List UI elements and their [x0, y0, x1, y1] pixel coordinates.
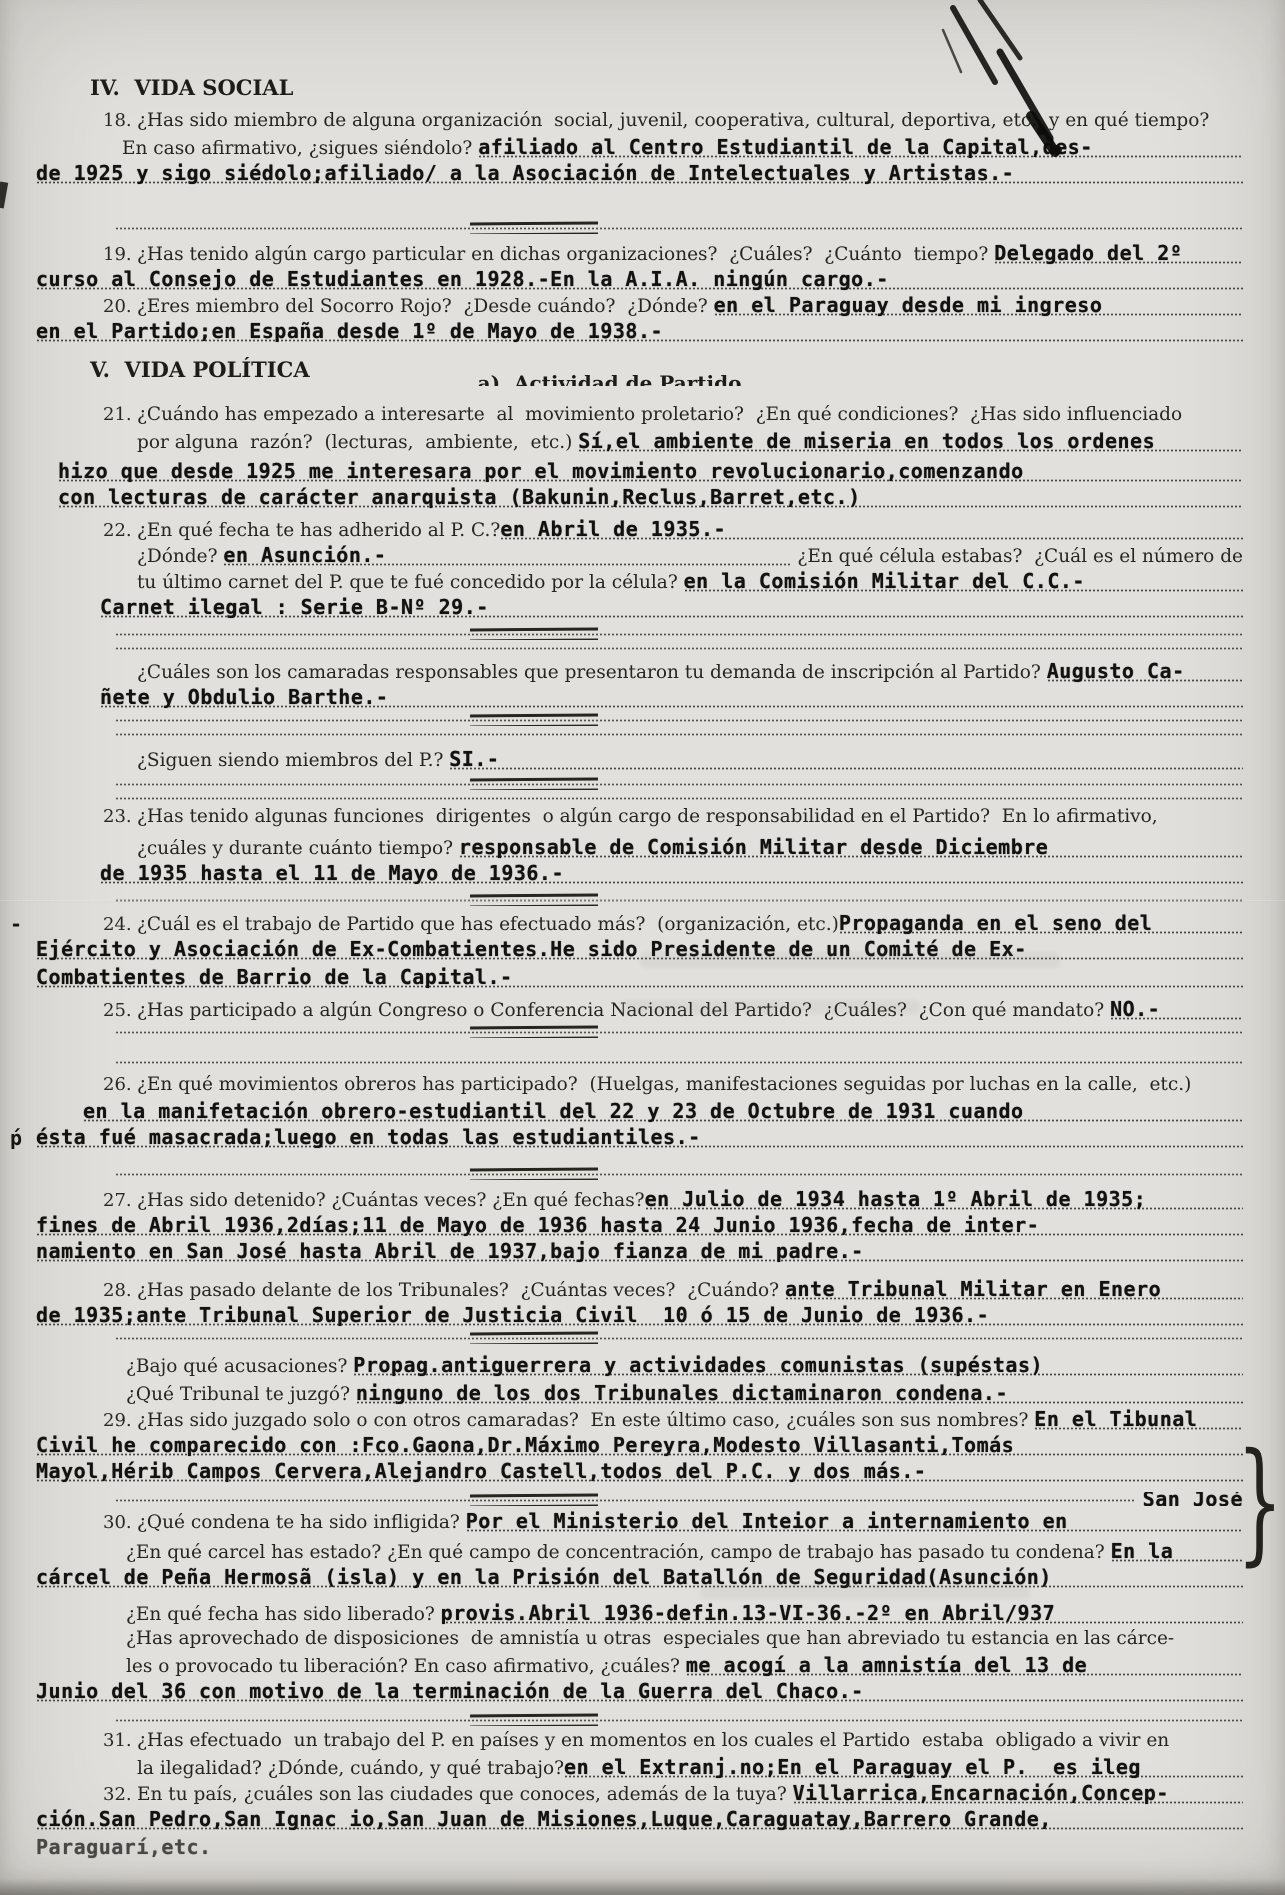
margin-mark: -: [10, 911, 22, 936]
dotted-leader: [115, 1492, 1135, 1506]
overstrike-mark: [470, 1494, 598, 1506]
separator-line: San José: [0, 1492, 1285, 1506]
typed-answer: en el Partido;en España desde 1º de Mayo…: [36, 318, 1243, 344]
typed-answer: Sí,el ambiente de miseria en todos los o…: [578, 428, 1243, 454]
printed-question: ¿En qué carcel has estado? ¿En qué campo…: [126, 1540, 1111, 1564]
doc-line: ¿Has aprovechado de disposiciones de amn…: [0, 1626, 1285, 1652]
typed-answer: de 1935 hasta el 11 de Mayo de 1936.-: [100, 860, 1243, 886]
doc-line: Combatientes de Barrio de la Capital.-: [0, 964, 1285, 990]
doc-line: Ejército y Asociación de Ex-Combatientes…: [0, 936, 1285, 962]
printed-question: ¿Cuál es el trabajo de Partido que has e…: [137, 912, 839, 936]
doc-line: la ilegalidad? ¿Dónde, cuándo, y qué tra…: [0, 1754, 1285, 1780]
doc-line: 23.¿Has tenido algunas funciones dirigen…: [0, 804, 1285, 830]
separator-line: [0, 892, 1285, 906]
separator-line: [0, 220, 1285, 234]
doc-line: ñete y Obdulio Barthe.-: [0, 684, 1285, 710]
doc-line: ¿Cuáles son los camaradas responsables q…: [0, 658, 1285, 684]
margin-mark: ṕ: [10, 1125, 22, 1150]
printed-question: ¿Has sido detenido? ¿Cuántas veces? ¿En …: [137, 1188, 645, 1212]
typed-answer: Augusto Ca-: [1047, 658, 1243, 684]
question-number: 24.: [103, 912, 137, 936]
doc-line: ¿cuáles y durante cuánto tiempo? respons…: [0, 834, 1285, 860]
dotted-leader: [115, 1054, 1243, 1068]
doc-line: de 1935 hasta el 11 de Mayo de 1936.-: [0, 860, 1285, 886]
question-number: 21.: [103, 402, 137, 428]
printed-question: ¿Dónde?: [137, 544, 223, 568]
dotted-leader: [115, 640, 1243, 654]
typed-answer: cárcel de Peña Hermosã (isla) y en la Pr…: [36, 1564, 1243, 1590]
typed-answer: en la Comisión Militar del C.C.-: [684, 568, 1243, 594]
typed-answer: en el Paraguay desde mi ingreso: [714, 292, 1243, 318]
typed-answer: responsable de Comisión Militar desde Di…: [459, 834, 1243, 860]
question-number: 23.: [103, 804, 137, 830]
question-number: 32.: [103, 1782, 137, 1806]
doc-line: 21.¿Cuándo has empezado a interesarte al…: [0, 402, 1285, 428]
typed-answer: Combatientes de Barrio de la Capital.-: [36, 964, 1243, 990]
typed-answer: afiliado al Centro Estudiantil de la Cap…: [478, 134, 1243, 160]
printed-question: a) Actividad de Partido: [478, 367, 742, 386]
typed-answer: Civil he comparecido con :Fco.Gaona,Dr.M…: [36, 1432, 1243, 1458]
doc-line: de 1935;ante Tribunal Superior de Justic…: [0, 1302, 1285, 1328]
printed-question: les o provocado tu liberación? En caso a…: [126, 1654, 686, 1678]
printed-question: ¿Bajo qué acusaciones?: [126, 1354, 353, 1378]
printed-question: ¿Has tenido algún cargo particular en di…: [137, 242, 994, 266]
typed-answer: curso al Consejo de Estudiantes en 1928.…: [36, 266, 1243, 292]
printed-question: IV. VIDA SOCIAL: [90, 72, 293, 104]
dotted-line: [0, 790, 1285, 804]
doc-line: 30.¿Qué condena te ha sido infligida? Po…: [0, 1508, 1285, 1534]
doc-line: ¿En qué carcel has estado? ¿En qué campo…: [0, 1538, 1285, 1564]
printed-question: ¿cuáles y durante cuánto tiempo?: [137, 836, 459, 860]
typed-answer: en Asunción.-: [223, 542, 791, 568]
dotted-leader: [115, 1166, 1243, 1180]
pen-ink-strokes: [905, 0, 1105, 170]
typed-answer: Propag.antiguerrera y actividades comuni…: [353, 1352, 1243, 1378]
separator-line: [0, 1330, 1285, 1344]
separator-line: [0, 626, 1285, 640]
printed-question: ¿Siguen siendo miembros del P.?: [137, 748, 449, 772]
doc-line: tu último carnet del P. que te fué conce…: [0, 568, 1285, 594]
dotted-leader: [115, 776, 1243, 790]
printed-question: por alguna razón? (lecturas, ambiente, e…: [137, 430, 578, 454]
typed-answer: ésta fué masacrada;luego en todas las es…: [36, 1124, 1243, 1150]
dotted-leader: [115, 1712, 1243, 1726]
doc-line: cárcel de Peña Hermosã (isla) y en la Pr…: [0, 1564, 1285, 1590]
doc-line: Paraguarí,etc.: [0, 1834, 1285, 1860]
margin-brace: }: [1237, 1436, 1283, 1568]
doc-line: fines de Abril 1936,2días;11 de Mayo de …: [0, 1212, 1285, 1238]
question-number: 25.: [103, 998, 137, 1022]
printed-question: ¿En qué célula estabas? ¿Cuál es el núme…: [792, 544, 1243, 568]
printed-question: ¿Has efectuado un trabajo del P. en país…: [137, 1728, 1169, 1754]
doc-line: ¿Bajo qué acusaciones? Propag.antiguerre…: [0, 1352, 1285, 1378]
question-number: 30.: [103, 1510, 137, 1534]
doc-line: ¿Siguen siendo miembros del P.? SI.-: [0, 746, 1285, 772]
doc-line: 22.¿En qué fecha te has adherido al P. C…: [0, 516, 1285, 542]
printed-question: En tu país, ¿cuáles son las ciudades que…: [137, 1782, 793, 1806]
typed-answer-right: San José: [1143, 1492, 1243, 1506]
typed-answer: namiento en San José hasta Abril de 1937…: [36, 1238, 1243, 1264]
separator-line: [0, 1166, 1285, 1180]
dotted-line: [0, 640, 1285, 654]
printed-question: En caso afirmativo, ¿sigues siéndolo?: [122, 136, 478, 160]
question-number: 19.: [103, 242, 137, 266]
typed-answer: En la: [1111, 1538, 1243, 1564]
typed-answer: NO.-: [1110, 996, 1243, 1022]
overstrike-mark: [470, 222, 598, 234]
printed-question: ¿Has pasado delante de los Tribunales? ¿…: [137, 1278, 785, 1302]
doc-line: Mayol,Hérib Campos Cervera,Alejandro Cas…: [0, 1458, 1285, 1484]
printed-question: ¿Cuándo has empezado a interesarte al mo…: [137, 402, 1182, 428]
question-number: 27.: [103, 1188, 137, 1212]
typed-answer: de 1935;ante Tribunal Superior de Justic…: [36, 1302, 1243, 1328]
dotted-leader: [115, 1330, 1243, 1344]
question-number: 29.: [103, 1408, 137, 1432]
doc-line: ṕésta fué masacrada;luego en todas las e…: [0, 1124, 1285, 1150]
overstrike-mark: [470, 778, 598, 790]
overstrike-mark: [470, 628, 598, 640]
typed-answer: en Julio de 1934 hasta 1º Abril de 1935;: [645, 1186, 1243, 1212]
scanned-questionnaire-page: IV. VIDA SOCIAL18.¿Has sido miembro de a…: [0, 0, 1285, 1895]
typed-answer: En el Tibunal: [1034, 1406, 1243, 1432]
typed-answer: SI.-: [449, 746, 1243, 772]
printed-question: ¿Qué Tribunal te juzgó?: [126, 1382, 356, 1406]
overstrike-mark: [470, 1168, 598, 1180]
question-number: 26.: [103, 1072, 137, 1098]
doc-line: 27.¿Has sido detenido? ¿Cuántas veces? ¿…: [0, 1186, 1285, 1212]
printed-question: ¿Has tenido algunas funciones dirigentes…: [137, 804, 1158, 830]
typed-answer: Villarrica,Encarnación,Concep-: [793, 1780, 1243, 1806]
typed-answer: Junio del 36 con motivo de la terminació…: [36, 1678, 1243, 1704]
typed-answer: Mayol,Hérib Campos Cervera,Alejandro Cas…: [36, 1458, 1243, 1484]
printed-question: ¿En qué fecha te has adherido al P. C.?: [137, 518, 500, 542]
printed-question: ¿Has aprovechado de disposiciones de amn…: [126, 1626, 1174, 1652]
doc-line: namiento en San José hasta Abril de 1937…: [0, 1238, 1285, 1264]
typed-answer: Por el Ministerio del Inteior a internam…: [466, 1508, 1243, 1534]
printed-question: la ilegalidad? ¿Dónde, cuándo, y qué tra…: [137, 1756, 564, 1780]
doc-lines: IV. VIDA SOCIAL18.¿Has sido miembro de a…: [0, 0, 1285, 1860]
overstrike-mark: [470, 714, 598, 726]
doc-line: V. VIDA POLÍTICAa) Actividad de Partido: [0, 354, 1285, 386]
doc-line: Junio del 36 con motivo de la terminació…: [0, 1678, 1285, 1704]
printed-question: ¿Qué condena te ha sido infligida?: [137, 1510, 466, 1534]
printed-question: ¿Has sido juzgado solo o con otros camar…: [137, 1408, 1034, 1432]
typed-answer: Carnet ilegal : Serie B-Nº 29.-: [100, 594, 1243, 620]
doc-line: por alguna razón? (lecturas, ambiente, e…: [0, 428, 1285, 454]
typed-answer: me acogí a la amnistía del 13 de: [686, 1652, 1243, 1678]
printed-question: ¿Has participado a algún Congreso o Conf…: [137, 998, 1110, 1022]
typed-answer: provis.Abril 1936-defin.13-VI-36.-2º en …: [441, 1600, 1243, 1626]
printed-question: ¿En qué movimientos obreros has particip…: [137, 1072, 1191, 1098]
doc-line: en el Partido;en España desde 1º de Mayo…: [0, 318, 1285, 344]
typed-answer: Propaganda en el seno del: [839, 910, 1243, 936]
typed-answer: ción.San Pedro,San Ignac io,San Juan de …: [36, 1806, 1243, 1832]
dotted-line: [0, 726, 1285, 740]
doc-line: les o provocado tu liberación? En caso a…: [0, 1652, 1285, 1678]
dotted-leader: [115, 892, 1243, 906]
separator-line: [0, 1712, 1285, 1726]
printed-question: V. VIDA POLÍTICA: [90, 354, 310, 386]
overstrike-mark: [470, 1714, 598, 1726]
dotted-leader: [115, 712, 1243, 726]
typed-answer: en la manifetación obrero-estudiantil de…: [83, 1098, 1243, 1124]
typed-answer: Ejército y Asociación de Ex-Combatientes…: [36, 936, 1243, 962]
doc-line: con lecturas de carácter anarquista (Bak…: [0, 484, 1285, 510]
question-number: 22.: [103, 518, 137, 542]
question-number: 31.: [103, 1728, 137, 1754]
typed-answer: ninguno de los dos Tribunales dictaminar…: [356, 1380, 1243, 1406]
doc-line: -24.¿Cuál es el trabajo de Partido que h…: [0, 910, 1285, 936]
typed-answer: con lecturas de carácter anarquista (Bak…: [58, 484, 1243, 510]
typed-answer: ante Tribunal Militar en Enero: [785, 1276, 1243, 1302]
doc-line: ¿Qué Tribunal te juzgó? ninguno de los d…: [0, 1380, 1285, 1406]
doc-line: 31.¿Has efectuado un trabajo del P. en p…: [0, 1728, 1285, 1754]
dotted-leader: [115, 220, 1243, 234]
typed-answer: ñete y Obdulio Barthe.-: [100, 684, 1243, 710]
dotted-leader: [115, 1024, 1243, 1038]
doc-line: 20.¿Eres miembro del Socorro Rojo? ¿Desd…: [0, 292, 1285, 318]
printed-question: ¿Cuáles son los camaradas responsables q…: [137, 660, 1047, 684]
question-number: 18.: [103, 108, 137, 134]
dotted-leader: [115, 790, 1243, 804]
dotted-leader: [115, 626, 1243, 640]
doc-line: en la manifetación obrero-estudiantil de…: [0, 1098, 1285, 1124]
separator-line: [0, 1024, 1285, 1038]
dotted-leader: [115, 726, 1243, 740]
doc-line: ¿En qué fecha has sido liberado? provis.…: [0, 1600, 1285, 1626]
doc-line: 26.¿En qué movimientos obreros has parti…: [0, 1072, 1285, 1098]
typed-answer: Paraguarí,etc.: [36, 1834, 212, 1860]
doc-line: 25.¿Has participado a algún Congreso o C…: [0, 996, 1285, 1022]
doc-line: 28.¿Has pasado delante de los Tribunales…: [0, 1276, 1285, 1302]
doc-line: ción.San Pedro,San Ignac io,San Juan de …: [0, 1806, 1285, 1832]
question-number: 20.: [103, 294, 137, 318]
dotted-line: [0, 1054, 1285, 1068]
doc-line: Civil he comparecido con :Fco.Gaona,Dr.M…: [0, 1432, 1285, 1458]
doc-line: curso al Consejo de Estudiantes en 1928.…: [0, 266, 1285, 292]
overstrike-mark: [470, 1026, 598, 1038]
doc-line: hizo que desde 1925 me interesara por el…: [0, 458, 1285, 484]
printed-question: ¿En qué fecha has sido liberado?: [126, 1602, 441, 1626]
doc-line: 29.¿Has sido juzgado solo o con otros ca…: [0, 1406, 1285, 1432]
doc-line: Carnet ilegal : Serie B-Nº 29.-: [0, 594, 1285, 620]
typed-answer: hizo que desde 1925 me interesara por el…: [58, 458, 1243, 484]
doc-line: 32.En tu país, ¿cuáles son las ciudades …: [0, 1780, 1285, 1806]
overstrike-mark: [470, 894, 598, 906]
typed-answer: fines de Abril 1936,2días;11 de Mayo de …: [36, 1212, 1243, 1238]
typed-answer: en Abril de 1935.-: [500, 516, 1243, 542]
doc-line: ¿Dónde? en Asunción.- ¿En qué célula est…: [0, 542, 1285, 568]
typed-answer: Delegado del 2º: [994, 240, 1243, 266]
doc-line: 19.¿Has tenido algún cargo particular en…: [0, 240, 1285, 266]
typed-answer: en el Extranj.no;En el Paraguay el P. es…: [564, 1754, 1243, 1780]
printed-question: tu último carnet del P. que te fué conce…: [137, 570, 684, 594]
separator-line: [0, 776, 1285, 790]
separator-line: [0, 712, 1285, 726]
question-number: 28.: [103, 1278, 137, 1302]
printed-question: ¿Eres miembro del Socorro Rojo? ¿Desde c…: [137, 294, 714, 318]
overstrike-mark: [470, 1332, 598, 1344]
